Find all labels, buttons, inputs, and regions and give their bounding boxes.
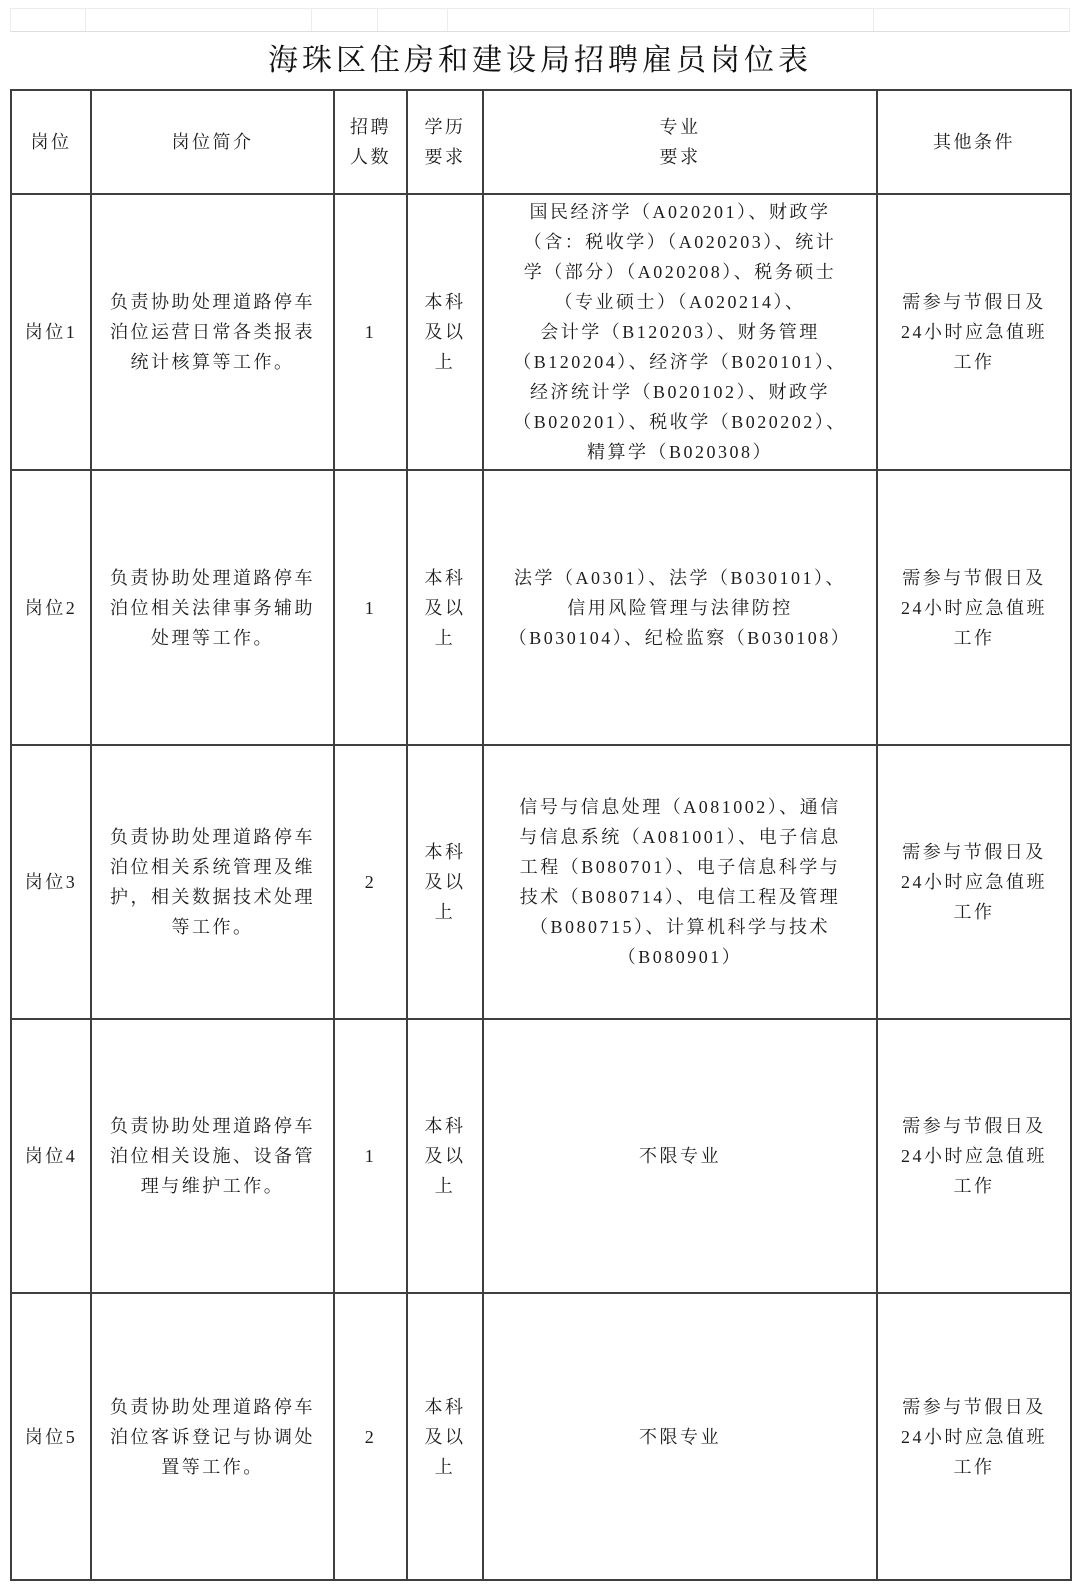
cell-education: 本科 及以 上 (407, 1019, 483, 1293)
cell-other: 需参与节假日及 24小时应急值班 工作 (877, 1293, 1071, 1580)
gridline-cell (448, 9, 874, 31)
table-row: 岗位5 负责协助处理道路停车 泊位客诉登记与协调处 置等工作。 2 本科 及以 … (11, 1293, 1071, 1580)
cell-other: 需参与节假日及 24小时应急值班 工作 (877, 745, 1071, 1019)
cell-other: 需参与节假日及 24小时应急值班 工作 (877, 194, 1071, 470)
cell-description: 负责协助处理道路停车 泊位客诉登记与协调处 置等工作。 (91, 1293, 334, 1580)
header-other: 其他条件 (877, 90, 1071, 194)
job-positions-table: 岗位 岗位简介 招聘 人数 学历 要求 专业 要求 其他条件 岗位1 负责协助处… (10, 89, 1072, 1581)
cell-headcount: 2 (334, 1293, 407, 1580)
cell-description: 负责协助处理道路停车 泊位运营日常各类报表 统计核算等工作。 (91, 194, 334, 470)
cell-headcount: 1 (334, 470, 407, 745)
cell-headcount: 1 (334, 1019, 407, 1293)
table-row: 岗位1 负责协助处理道路停车 泊位运营日常各类报表 统计核算等工作。 1 本科 … (11, 194, 1071, 470)
gridline-cell (86, 9, 313, 31)
gridline-cell (378, 9, 448, 31)
cell-position: 岗位5 (11, 1293, 91, 1580)
table-row: 岗位2 负责协助处理道路停车 泊位相关法律事务辅助 处理等工作。 1 本科 及以… (11, 470, 1071, 745)
page: { "page": { "title": "海珠区住房和建设局招聘雇员岗位表" … (0, 0, 1080, 1589)
cell-major: 不限专业 (483, 1293, 877, 1580)
cell-position: 岗位4 (11, 1019, 91, 1293)
cell-description: 负责协助处理道路停车 泊位相关法律事务辅助 处理等工作。 (91, 470, 334, 745)
gridline-cell (312, 9, 378, 31)
cell-other: 需参与节假日及 24小时应急值班 工作 (877, 1019, 1071, 1293)
table-row: 岗位4 负责协助处理道路停车 泊位相关设施、设备管 理与维护工作。 1 本科 及… (11, 1019, 1071, 1293)
cell-education: 本科 及以 上 (407, 194, 483, 470)
header-major: 专业 要求 (483, 90, 877, 194)
cell-headcount: 2 (334, 745, 407, 1019)
cell-headcount: 1 (334, 194, 407, 470)
cell-major: 不限专业 (483, 1019, 877, 1293)
header-description: 岗位简介 (91, 90, 334, 194)
header-headcount: 招聘 人数 (334, 90, 407, 194)
table-header-row: 岗位 岗位简介 招聘 人数 学历 要求 专业 要求 其他条件 (11, 90, 1071, 194)
gridline-cell (11, 9, 86, 31)
cell-education: 本科 及以 上 (407, 1293, 483, 1580)
cell-description: 负责协助处理道路停车 泊位相关设施、设备管 理与维护工作。 (91, 1019, 334, 1293)
cell-major: 法学（A0301）、法学（B030101）、 信用风险管理与法律防控 （B030… (483, 470, 877, 745)
cell-major: 信号与信息处理（A081002）、通信 与信息系统（A081001）、电子信息 … (483, 745, 877, 1019)
header-position: 岗位 (11, 90, 91, 194)
header-education: 学历 要求 (407, 90, 483, 194)
cell-education: 本科 及以 上 (407, 745, 483, 1019)
cell-position: 岗位2 (11, 470, 91, 745)
cell-description: 负责协助处理道路停车 泊位相关系统管理及维 护，相关数据技术处理 等工作。 (91, 745, 334, 1019)
cell-other: 需参与节假日及 24小时应急值班 工作 (877, 470, 1071, 745)
cell-position: 岗位1 (11, 194, 91, 470)
cell-position: 岗位3 (11, 745, 91, 1019)
spreadsheet-gridline-row (10, 8, 1070, 32)
table-row: 岗位3 负责协助处理道路停车 泊位相关系统管理及维 护，相关数据技术处理 等工作… (11, 745, 1071, 1019)
cell-major: 国民经济学（A020201）、财政学 （含：税收学）（A020203）、统计 学… (483, 194, 877, 470)
cell-education: 本科 及以 上 (407, 470, 483, 745)
page-title: 海珠区住房和建设局招聘雇员岗位表 (0, 32, 1080, 89)
gridline-cell (874, 9, 1069, 31)
